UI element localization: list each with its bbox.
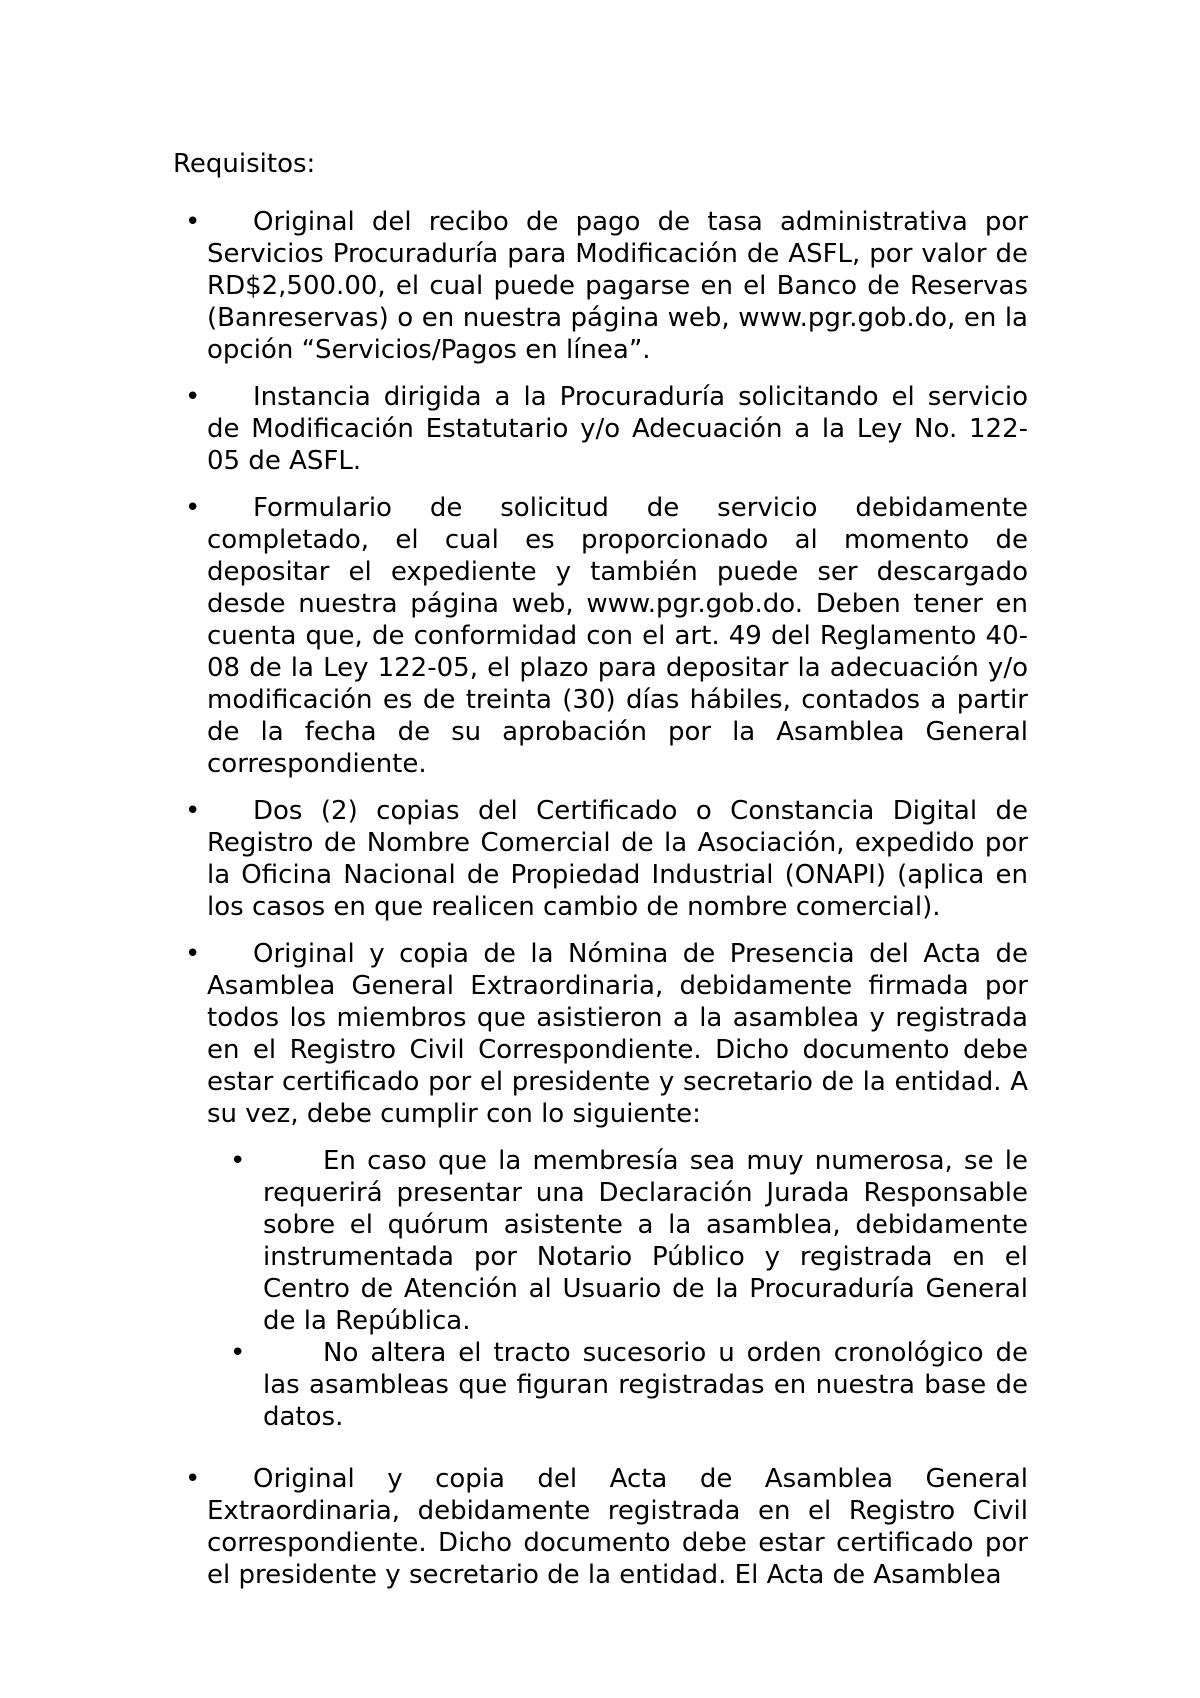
bullet-icon: • bbox=[185, 1463, 207, 1495]
sub-list-item-text: En caso que la membresía sea muy numeros… bbox=[263, 1146, 1028, 1336]
bullet-icon: • bbox=[230, 1145, 263, 1177]
list-item-text: Formulario de solicitud de servicio debi… bbox=[207, 493, 1028, 779]
list-item: • Formulario de solicitud de servicio de… bbox=[207, 492, 1028, 780]
bullet-icon: • bbox=[185, 795, 207, 827]
list-item-text: Original y copia del Acta de Asamblea Ge… bbox=[207, 1464, 1028, 1590]
list-item: • Instancia dirigida a la Procuraduría s… bbox=[207, 381, 1028, 477]
document-page: Requisitos: • Original del recibo de pag… bbox=[0, 0, 1200, 1698]
requirements-list: • Original del recibo de pago de tasa ad… bbox=[0, 206, 1200, 1591]
bullet-icon: • bbox=[185, 492, 207, 524]
sub-requirements-list: • En caso que la membresía sea muy numer… bbox=[207, 1145, 1028, 1433]
sub-list-item: • En caso que la membresía sea muy numer… bbox=[263, 1145, 1028, 1337]
sub-list-item-text: No altera el tracto sucesorio u orden cr… bbox=[263, 1338, 1028, 1432]
bullet-icon: • bbox=[185, 381, 207, 413]
bullet-icon: • bbox=[230, 1337, 263, 1369]
list-item: • Original del recibo de pago de tasa ad… bbox=[207, 206, 1028, 366]
list-item-text: Original y copia de la Nómina de Presenc… bbox=[207, 939, 1028, 1129]
list-item: • Original y copia de la Nómina de Prese… bbox=[207, 938, 1028, 1433]
list-item: • Original y copia del Acta de Asamblea … bbox=[207, 1463, 1028, 1591]
list-item: • Dos (2) copias del Certificado o Const… bbox=[207, 795, 1028, 923]
sub-list-item: • No altera el tracto sucesorio u orden … bbox=[263, 1337, 1028, 1433]
bullet-icon: • bbox=[185, 938, 207, 970]
page-title: Requisitos: bbox=[173, 148, 1200, 180]
list-item-text: Original del recibo de pago de tasa admi… bbox=[207, 207, 1028, 365]
list-item-text: Instancia dirigida a la Procuraduría sol… bbox=[207, 382, 1028, 476]
bullet-icon: • bbox=[185, 206, 207, 238]
list-item-text: Dos (2) copias del Certificado o Constan… bbox=[207, 796, 1028, 922]
